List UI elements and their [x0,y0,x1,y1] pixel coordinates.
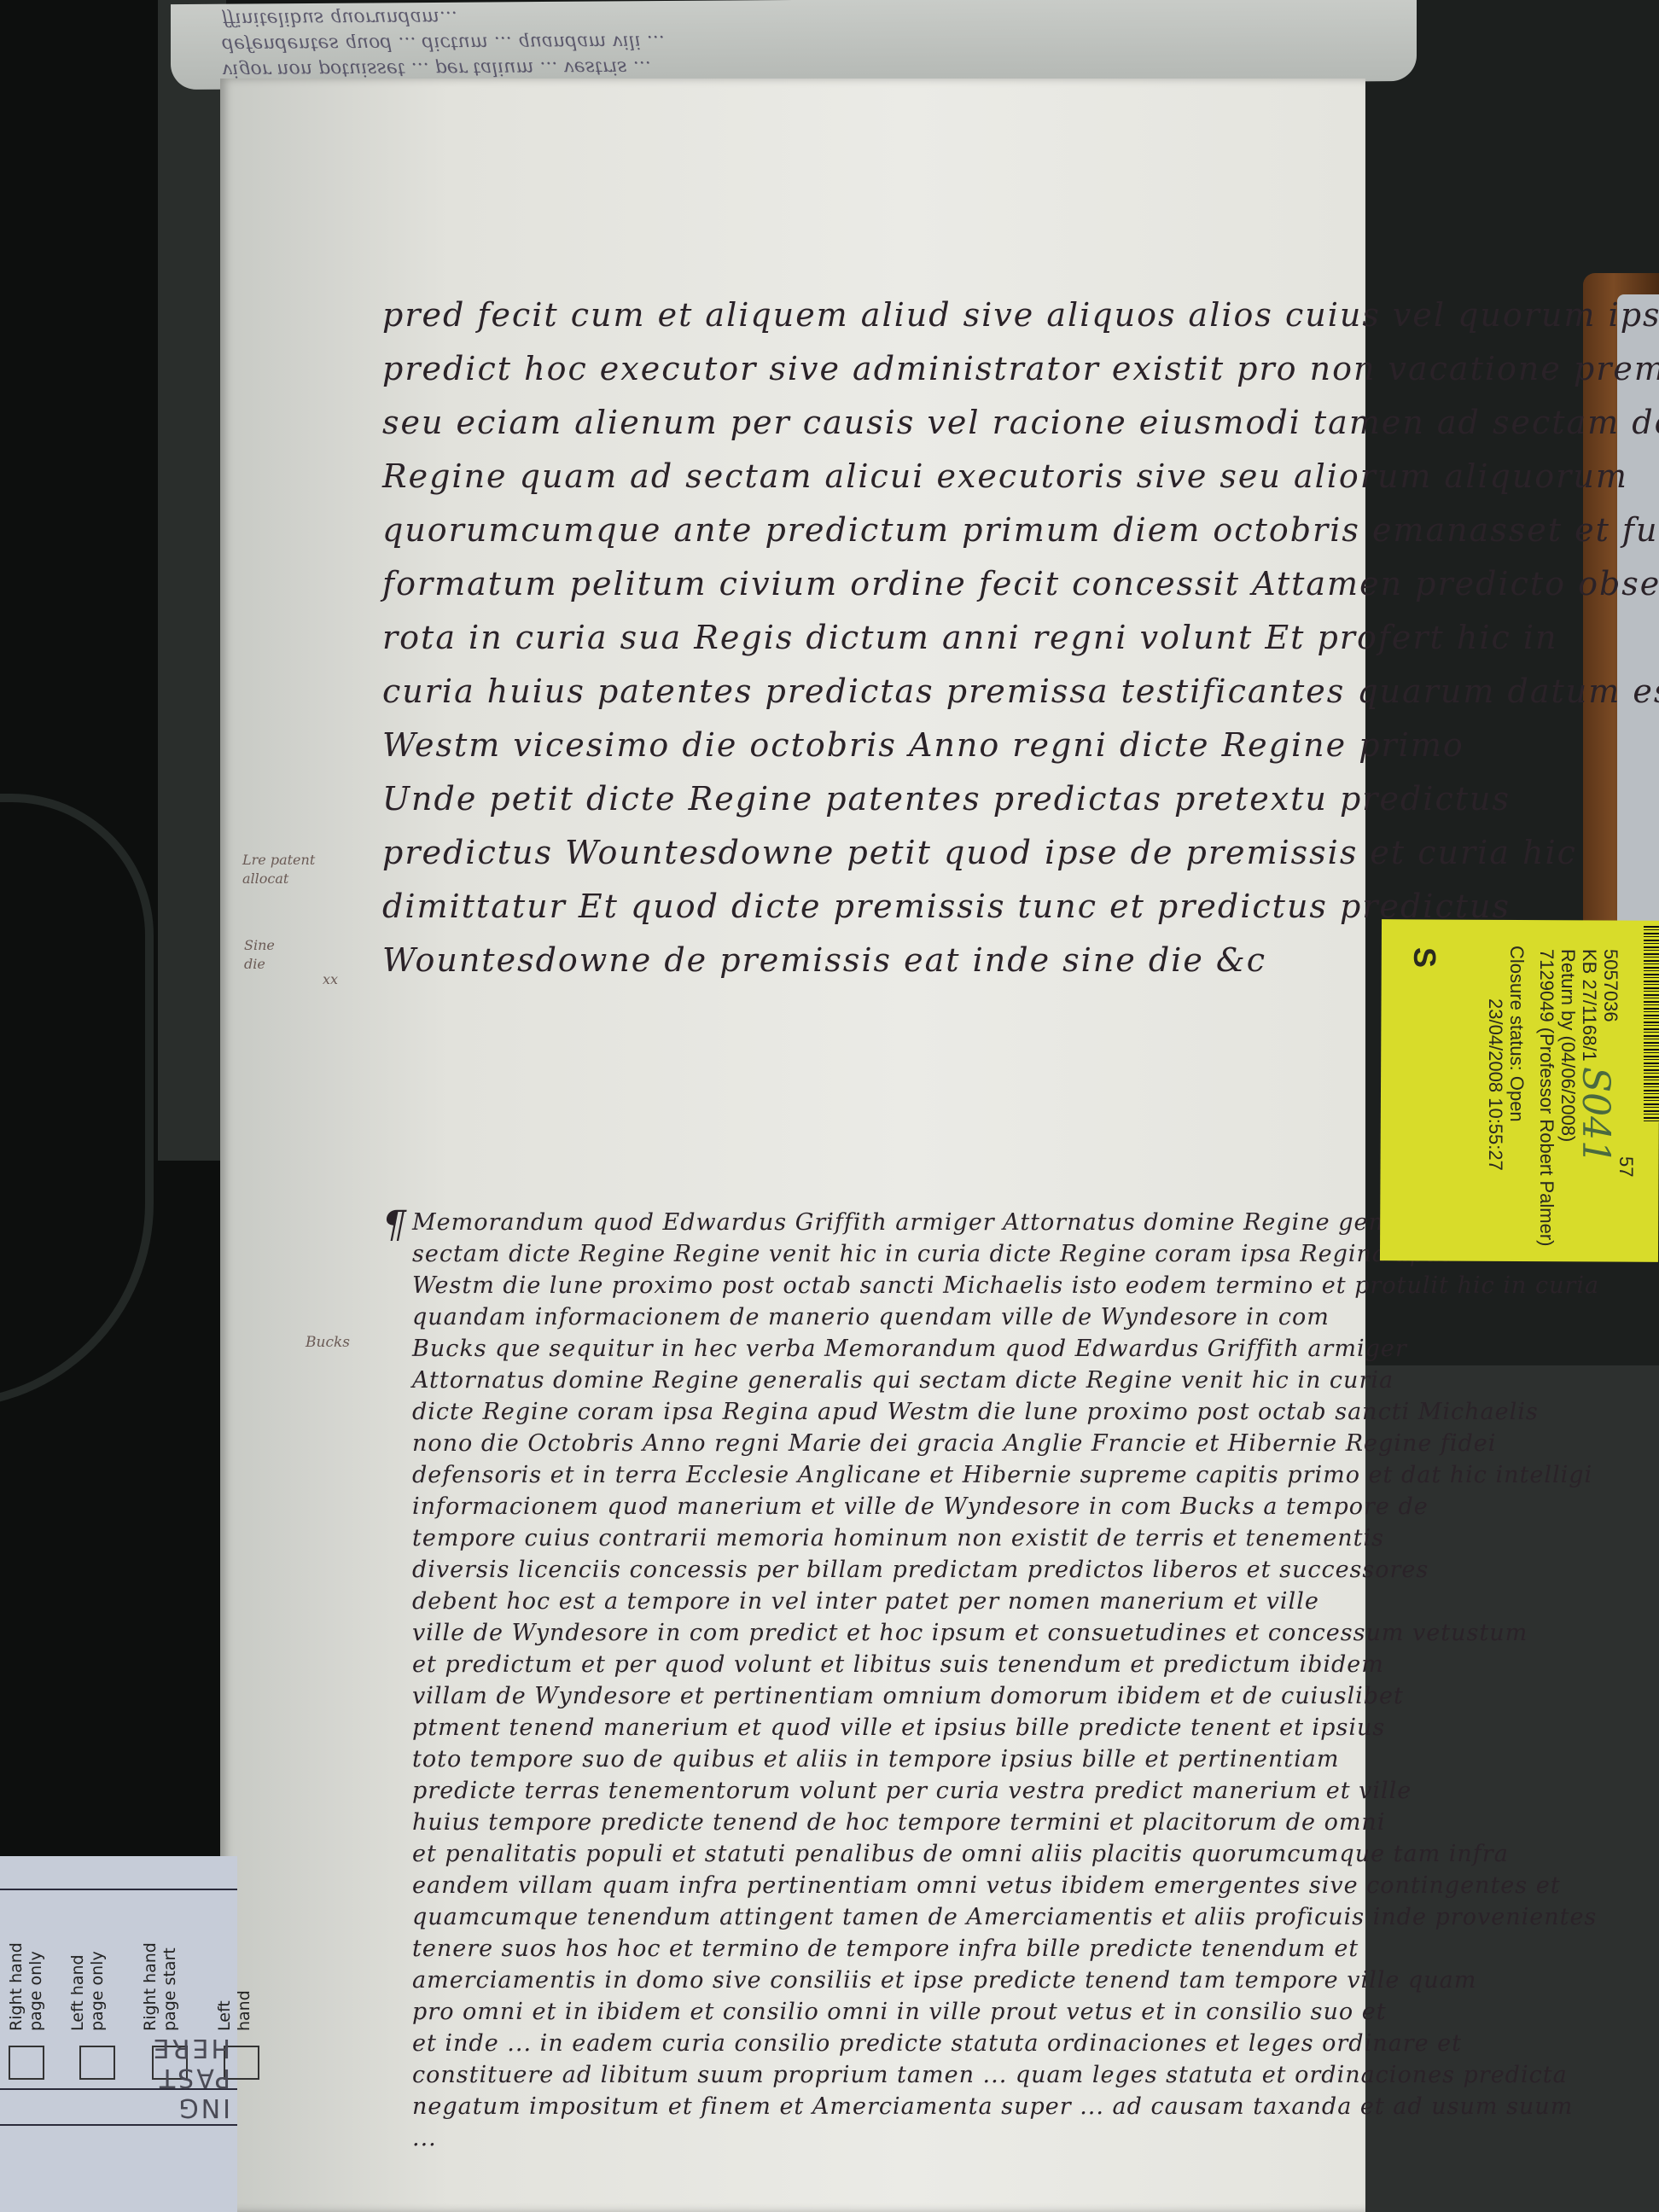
manuscript-line: ... [412,2125,437,2151]
margin-county: Bucks [306,1333,350,1353]
manuscript-line: villam de Wyndesore et pertinentiam omni… [412,1683,1404,1709]
manuscript-line: sectam dicte Regine Regine venit hic in … [412,1241,1457,1267]
manuscript-line: quandam informacionem de manerio quendam… [412,1304,1330,1330]
manuscript-line: Wountesdowne de premissis eat inde sine … [382,941,1266,979]
slip-closure-status: Closure status: Open [1505,946,1528,1122]
barcode [1644,926,1659,1122]
manuscript-line: quamcumque tenendum attingent tamen de A… [412,1904,1597,1930]
manuscript-line: tenere suos hos hoc et termino de tempor… [412,1935,1359,1962]
slip-reader: 7129049 (Professor Robert Palmer) [1535,949,1557,1247]
manuscript-line: Regine quam ad sectam alicui executoris … [382,457,1628,495]
manuscript-line: et inde ... in eadem curia consilio pred… [412,2030,1462,2057]
manuscript-line: formatum pelitum civium ordine fecit con… [382,565,1659,602]
manuscript-line: toto tempore suo de quibus et aliis in t… [412,1746,1339,1773]
divider [0,2124,237,2126]
manuscript-line: quorumcumque ante predictum primum diem … [382,511,1659,549]
manuscript-line: Westm vicesimo die octobris Anno regni d… [382,726,1464,764]
slip-piece-id: 5057036 [1599,949,1621,1022]
manuscript-line: et predictum et per quod volunt et libit… [412,1651,1384,1678]
manuscript-line: et penalitatis populi et statuti penalib… [412,1841,1509,1867]
manuscript-line: pred fecit cum et aliquem aliud sive ali… [382,296,1659,334]
option-label: Right hand page start [141,1942,180,2031]
option-label: Right hand page only [7,1942,46,2031]
margin-note: xx [323,970,338,989]
manuscript-line: Attornatus domine Regine generalis qui s… [412,1367,1394,1394]
slip-code-letter: S [1406,947,1442,968]
manuscript-line: debent hoc est a tempore in vel inter pa… [412,1588,1319,1615]
manuscript-line: constituere ad libitum suum proprium tam… [412,2062,1568,2088]
frame-insert [1617,294,1659,922]
manuscript-line: seu eciam alienum per causis vel racione… [382,404,1659,441]
paragraph-mark: ¶ [382,1203,407,1247]
roll-line: ffinitelibus quorundam... [222,0,1382,30]
manuscript-line: predict hoc executor sive administrator … [382,350,1659,387]
margin-note: Lre patent allocat [242,851,315,889]
manuscript-line: dimittatur Et quod dicte premissis tunc … [382,888,1511,925]
manuscript-line: huius tempore predicte tenend de hoc tem… [412,1809,1385,1836]
manuscript-line: ptment tenend manerium et quod ville et … [412,1714,1385,1741]
manuscript-line: curia huius patentes predictas premissa … [382,672,1659,710]
support-panel [158,0,226,1161]
slip-number: 57 [1615,1156,1637,1177]
manuscript-line: Unde petit dicte Regine patentes predict… [382,780,1511,818]
manuscript-line: amerciamentis in domo sive consiliis et … [412,1967,1476,1994]
option-label: Left hand [215,1990,254,2031]
manuscript-line: ville de Wyndesore in com predict et hoc… [412,1620,1528,1646]
manuscript-membrane: pred fecit cum et aliquem aliud sive ali… [220,79,1365,2212]
rolled-membrane-top: ffinitelibus quorundam... defendentes qu… [171,0,1417,90]
roll-line: vigor non potuisset ... per talium ... v… [222,50,1382,80]
instruction-text: ING PAST HERE [151,2033,230,2122]
manuscript-line: Bucks que sequitur in hec verba Memorand… [412,1336,1407,1362]
manuscript-line: pro omni et in ibidem et consilio omni i… [412,1999,1387,2025]
manuscript-line: Memorandum quod Edwardus Griffith armige… [412,1209,1502,1236]
option-label: Left hand page only [68,1951,108,2031]
divider [0,1889,237,1890]
manuscript-line: predictus Wountesdowne petit quod ipse d… [382,834,1577,871]
checkbox-right-page-only[interactable] [9,2046,44,2080]
manuscript-line: tempore cuius contrarii memoria hominum … [412,1525,1384,1551]
manuscript-line: eandem villam quam infra pertinentiam om… [412,1872,1561,1899]
manuscript-line: diversis licenciis concessis per billam … [412,1557,1429,1583]
manuscript-line: predicte terras tenementorum volunt per … [412,1778,1412,1804]
manuscript-line: Westm die lune proximo post octab sancti… [412,1272,1599,1299]
margin-note: Sine die [244,936,275,975]
manuscript-line: defensoris et in terra Ecclesie Anglican… [412,1462,1592,1488]
manuscript-line: rota in curia sua Regis dictum anni regn… [382,619,1558,656]
page-placement-slip: Right hand page only Left hand page only… [0,1856,237,2212]
manuscript-line: negatum impositum et finem et Amerciamen… [412,2093,1573,2120]
manuscript-line: nono die Octobris Anno regni Marie dei g… [412,1430,1496,1457]
slip-timestamp: 23/04/2008 10:55:27 [1484,998,1506,1171]
manuscript-line: dicte Regine coram ipsa Regina apud West… [412,1399,1539,1425]
slip-reference: KB 27/1168/1 [1578,949,1600,1062]
roll-line: defendentes quod ... dictum ... quandam … [222,25,1382,55]
handwritten-code: S041 [1574,1067,1617,1164]
checkbox-left-page-only[interactable] [79,2046,115,2080]
manuscript-line: informacionem quod manerium et ville de … [412,1493,1429,1520]
